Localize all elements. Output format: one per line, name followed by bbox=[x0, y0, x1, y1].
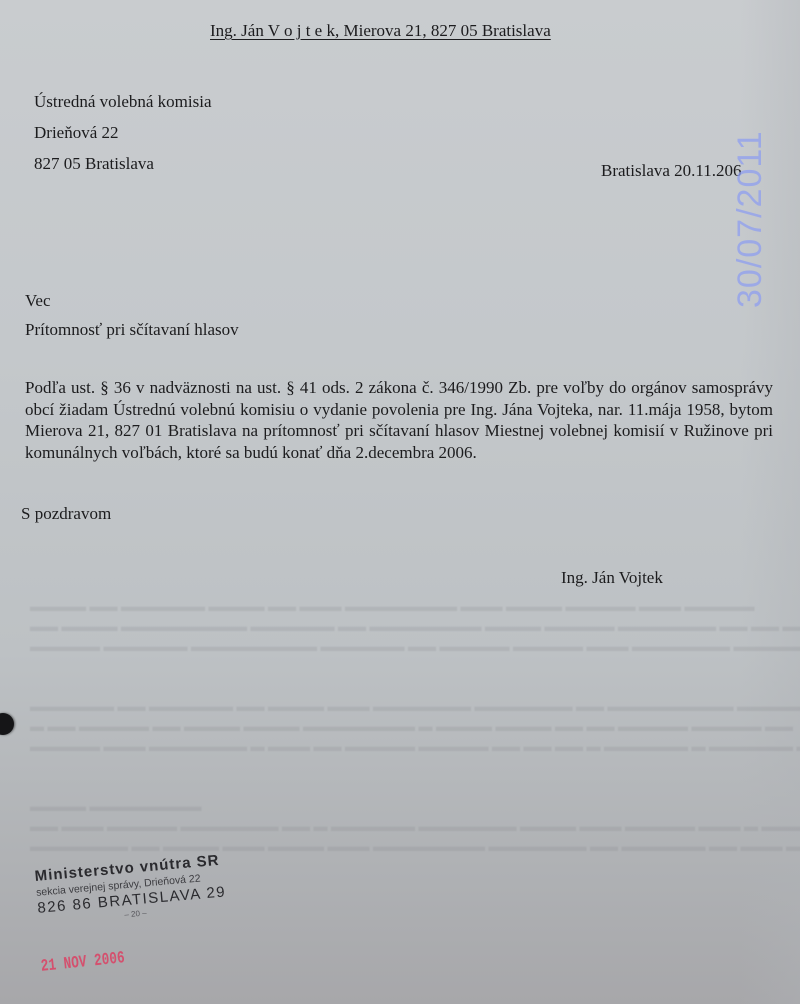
recipient-city: 827 05 Bratislava bbox=[34, 148, 212, 179]
ministry-received-stamp: Ministerstvo vnútra SR sekcia verejnej s… bbox=[34, 852, 228, 927]
archive-date-stamp: 30/07/2011 bbox=[733, 98, 767, 308]
recipient-address: Ústredná volebná komisia Drieňová 22 827… bbox=[34, 86, 212, 179]
closing-salutation: S pozdravom bbox=[21, 503, 111, 525]
subject-label: Vec bbox=[25, 290, 50, 312]
recipient-name: Ústredná volebná komisia bbox=[34, 86, 212, 117]
recipient-street: Drieňová 22 bbox=[34, 117, 212, 148]
letter-body: Podľa ust. § 36 v nadväznosti na ust. § … bbox=[25, 377, 773, 463]
subject-text: Prítomnosť pri sčítavaní hlasov bbox=[25, 319, 239, 341]
received-date-stamp: 21 NOV 2006 bbox=[40, 949, 126, 977]
place-and-date: Bratislava 20.11.206 bbox=[601, 160, 742, 182]
sender-header: Ing. Ján V o j t e k, Mierova 21, 827 05… bbox=[210, 20, 551, 42]
signature-name: Ing. Ján Vojtek bbox=[561, 567, 663, 589]
punch-hole bbox=[0, 713, 14, 735]
scanned-letter-page: ▬▬▬▬ ▬▬ ▬▬▬▬▬▬ ▬▬▬▬ ▬▬ ▬▬▬ ▬▬▬▬▬▬▬▬ ▬▬▬ … bbox=[0, 0, 800, 1004]
